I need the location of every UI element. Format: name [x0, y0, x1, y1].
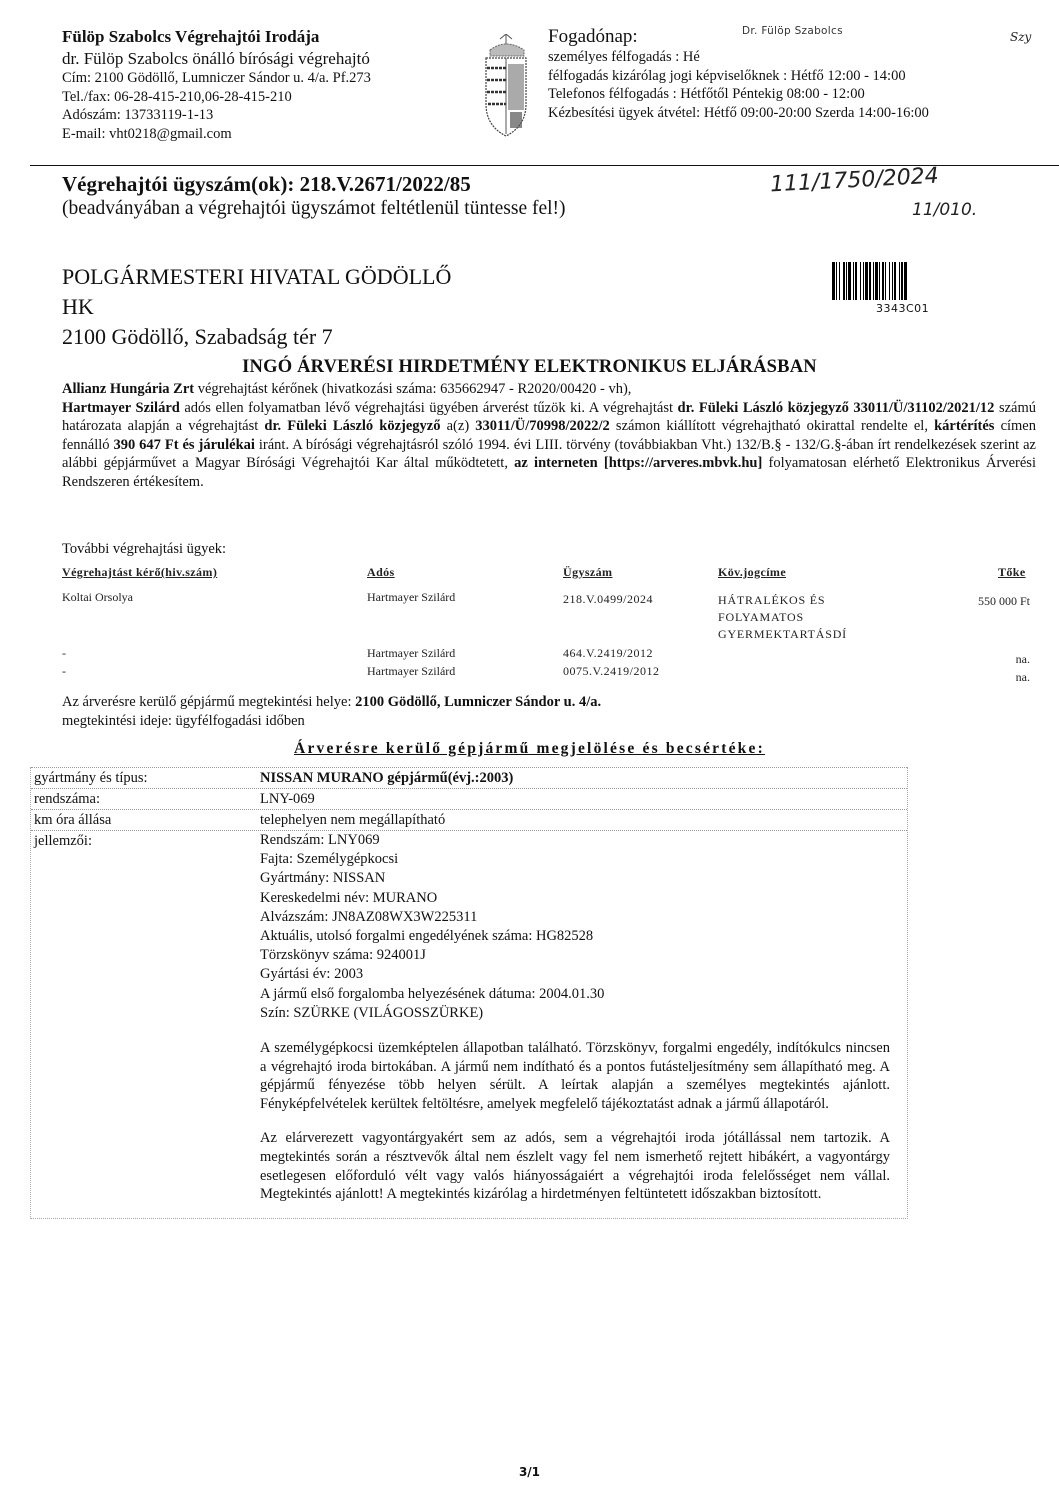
auction-site-link[interactable]: az interneten [https://arveres.mbvk.hu]	[514, 455, 762, 471]
notice-title: INGÓ ÁRVERÉSI HIRDETMÉNY ELEKTRONIKUS EL…	[0, 357, 1059, 378]
vehicle-table: gyártmány és típus: NISSAN MURANO gépjár…	[30, 767, 908, 1219]
feature-line: A jármű első forgalomba helyezésének dát…	[260, 985, 907, 1004]
cell-debtor: Hartmayer Szilárd	[367, 646, 455, 661]
recipient-name: POLGÁRMESTERI HIVATAL GÖDÖLLŐ	[62, 262, 451, 292]
notary-resolution: dr. Füleki László közjegyző 33011/Ü/3110…	[678, 400, 995, 416]
page-number: 3/1	[0, 1465, 1059, 1479]
cell-capital: na.	[930, 670, 1030, 685]
further-cases-title: További végrehajtási ügyek:	[62, 541, 226, 558]
office-header: Fülöp Szabolcs Végrehajtói Irodája dr. F…	[62, 26, 482, 143]
row-label: gyártmány és típus:	[31, 768, 260, 788]
office-name: Fülöp Szabolcs Végrehajtói Irodája	[62, 26, 482, 48]
cell-case-number: 218.V.0499/2024	[563, 592, 653, 607]
recipient-department: HK	[62, 292, 451, 322]
feature-line: Alvázszám: JN8AZ08WX3W225311	[260, 908, 907, 927]
handwritten-reference: 111/1750/2024	[769, 164, 939, 198]
row-value: Rendszám: LNY069 Fajta: Személygépkocsi …	[260, 831, 907, 1204]
cell-capital: na.	[930, 652, 1030, 667]
officer-name: dr. Fülöp Szabolcs önálló bírósági végre…	[62, 48, 482, 69]
office-address: Cím: 2100 Gödöllő, Lumniczer Sándor u. 4…	[62, 69, 482, 88]
feature-line: Gyártási év: 2003	[260, 965, 907, 984]
reception-line: Kézbesítési ügyek átvétel: Hétfő 09:00-2…	[548, 104, 1018, 123]
notice-text: a(z)	[441, 418, 476, 434]
vehicle-condition: A személygépkocsi üzemképtelen állapotba…	[260, 1039, 890, 1113]
viewing-time: megtekintési ideje: ügyfélfogadási időbe…	[62, 712, 601, 731]
office-email: E-mail: vht0218@gmail.com	[62, 125, 482, 144]
column-header-capital: Tőke	[998, 565, 1026, 580]
signature-mark: Szy	[1010, 30, 1031, 44]
signature-stamp-name: Dr. Fülöp Szabolcs	[742, 25, 843, 37]
creditor-name: Allianz Hungária Zrt	[62, 381, 194, 397]
reception-hours: Fogadónap: személyes félfogadás : Hé fél…	[548, 26, 1018, 122]
recipient-address: 2100 Gödöllő, Szabadság tér 7	[62, 322, 451, 352]
case-number: Végrehajtói ügyszám(ok): 218.V.2671/2022…	[62, 172, 471, 197]
feature-line: Törzskönyv száma: 924001J	[260, 946, 907, 965]
coat-of-arms-icon	[480, 34, 550, 144]
column-header-debtor: Adós	[367, 565, 395, 580]
reception-line: félfogadás kizárólag jogi képviselőknek …	[548, 67, 1018, 86]
feature-line: Szín: SZÜRKE (VILÁGOSSZÜRKE)	[260, 1004, 907, 1023]
feature-line: Rendszám: LNY069	[260, 831, 907, 850]
cell-capital: 550 000 Ft	[930, 594, 1030, 609]
row-label: km óra állása	[31, 810, 260, 830]
notice-text: adós ellen folyamatban lévő végrehajtási…	[180, 400, 678, 416]
row-label: jellemzői:	[31, 831, 260, 1204]
notice-text: számon kiállított végrehajtható okiratta…	[610, 418, 934, 434]
recipient-block: POLGÁRMESTERI HIVATAL GÖDÖLLŐ HK 2100 Gö…	[62, 262, 451, 352]
vehicle-row-make: gyártmány és típus: NISSAN MURANO gépjár…	[31, 767, 907, 788]
enforcement-document-number: 33011/Ü/70998/2022/2	[475, 418, 610, 434]
feature-line: Fajta: Személygépkocsi	[260, 850, 907, 869]
claim-amount: 390 647 Ft és járulékai	[113, 437, 254, 453]
cell-debtor: Hartmayer Szilárd	[367, 590, 455, 605]
row-label: rendszáma:	[31, 789, 260, 809]
claim-line: HÁTRALÉKOS ÉS	[718, 592, 847, 609]
row-value: telephelyen nem megállapítható	[260, 810, 907, 830]
vehicle-row-features: jellemzői: Rendszám: LNY069 Fajta: Szemé…	[31, 830, 907, 1218]
reception-line: Telefonos félfogadás : Hétfőtől Péntekig…	[548, 85, 1018, 104]
cell-debtor: Hartmayer Szilárd	[367, 664, 455, 679]
vehicle-disclaimer: Az elárverezett vagyontárgyakért sem az …	[260, 1129, 890, 1203]
handwritten-reference-2: 11/010.	[912, 200, 977, 220]
cell-creditor: -	[62, 664, 66, 679]
column-header-case-number: Ügyszám	[563, 565, 612, 580]
notice-body: Allianz Hungária Zrt végrehajtást kérőne…	[62, 380, 1036, 491]
cell-creditor: Koltai Orsolya	[62, 590, 133, 605]
cell-claim: HÁTRALÉKOS ÉS FOLYAMATOS GYERMEKTARTÁSDÍ	[718, 592, 847, 643]
office-tax-number: Adószám: 13733119-1-13	[62, 106, 482, 125]
row-value: NISSAN MURANO gépjármű(évj.:2003)	[260, 768, 907, 788]
vehicle-row-odometer: km óra állása telephelyen nem megállapít…	[31, 809, 907, 830]
notice-text: végrehajtást kérőnek (hivatkozási száma:…	[194, 381, 631, 397]
column-header-claim: Köv.jogcíme	[718, 565, 786, 580]
claim-type: kártérítés	[934, 418, 994, 434]
column-header-creditor: Végrehajtást kérő(hiv.szám)	[62, 565, 217, 580]
cell-case-number: 0075.V.2419/2012	[563, 664, 659, 679]
cell-case-number: 464.V.2419/2012	[563, 646, 653, 661]
reception-line: személyes félfogadás : Hé	[548, 48, 1018, 67]
vehicle-row-plate: rendszáma: LNY-069	[31, 788, 907, 809]
feature-line: Kereskedelmi név: MURANO	[260, 889, 907, 908]
viewing-place: 2100 Gödöllő, Lumniczer Sándor u. 4/a.	[355, 694, 601, 710]
row-value: LNY-069	[260, 789, 907, 809]
barcode-number: 3343C01	[876, 302, 929, 315]
feature-line: Aktuális, utolsó forgalmi engedélyének s…	[260, 927, 907, 946]
claim-line: FOLYAMATOS	[718, 609, 847, 626]
viewing-place-label: Az árverésre kerülő gépjármű megtekintés…	[62, 694, 355, 710]
debtor-name: Hartmayer Szilárd	[62, 400, 180, 416]
barcode-icon	[832, 262, 984, 300]
cell-creditor: -	[62, 646, 66, 661]
case-number-note: (beadványában a végrehajtói ügyszámot fe…	[62, 198, 566, 220]
notary-name: dr. Füleki László közjegyző	[264, 418, 440, 434]
viewing-info: Az árverésre kerülő gépjármű megtekintés…	[62, 693, 601, 730]
vehicle-section-title: Árverésre kerülő gépjármű megjelölése és…	[0, 740, 1059, 758]
office-phone: Tel./fax: 06-28-415-210,06-28-415-210	[62, 88, 482, 107]
feature-line: Gyártmány: NISSAN	[260, 869, 907, 888]
claim-line: GYERMEKTARTÁSDÍ	[718, 626, 847, 643]
